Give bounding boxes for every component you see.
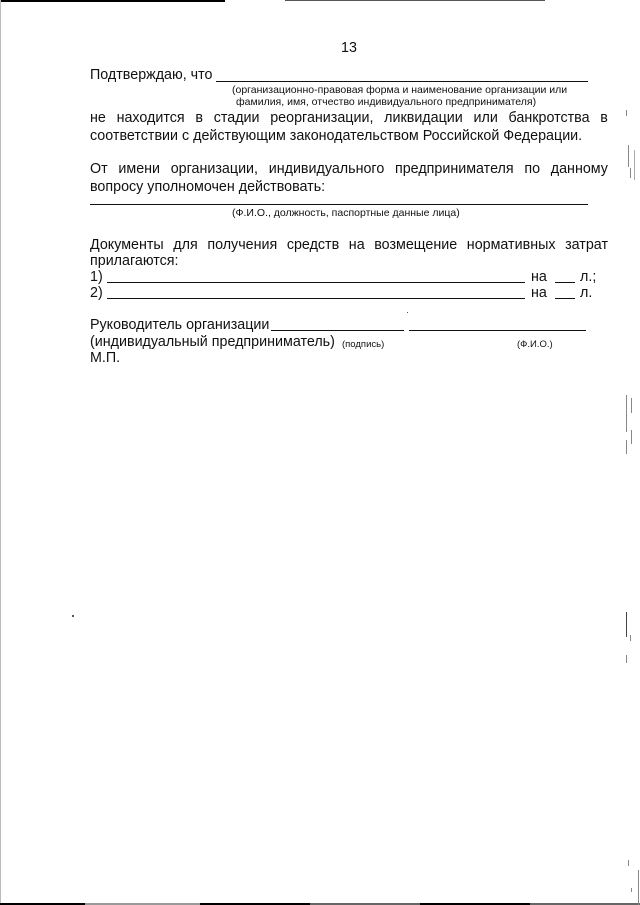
word: стадии [214, 109, 260, 127]
scan-edge-top-gray [285, 0, 545, 1]
item-on-label: на [531, 284, 547, 302]
scan-speck [72, 615, 74, 617]
word: возмещение [374, 236, 457, 254]
word: имени [118, 160, 160, 178]
authorized-person-hint: (Ф.И.О., должность, паспортные данные ли… [232, 207, 460, 220]
sheet-count-field[interactable] [555, 282, 575, 283]
word: находится [117, 109, 185, 127]
word: затрат [565, 236, 608, 254]
documents-line-2: прилагаются: [90, 252, 178, 270]
signature-hint: (подпись) [342, 336, 384, 354]
authority-line-1: От имени организации, индивидуального пр… [90, 160, 608, 178]
document-name-field[interactable] [107, 298, 525, 299]
head-label: Руководитель организации [90, 316, 269, 334]
word: в [195, 109, 203, 127]
confirm-lead: Подтверждаю, что [90, 66, 212, 84]
confirm-body-line-1: не находится в стадии реорганизации, лик… [90, 109, 608, 127]
word: ликвидации [384, 109, 463, 127]
word: по [524, 160, 540, 178]
org-name-field[interactable] [216, 81, 588, 82]
entrepreneur-label: (индивидуальный предприниматель) [90, 333, 335, 351]
word: не [90, 109, 106, 127]
word: нормативных [467, 236, 556, 254]
full-name-field[interactable] [409, 330, 586, 331]
page-number: 13 [341, 40, 357, 56]
full-name-hint: (Ф.И.О.) [517, 336, 553, 354]
signature-field[interactable] [271, 330, 404, 331]
scan-edge-left [0, 0, 1, 905]
word: получения [207, 236, 277, 254]
word: данному [551, 160, 608, 178]
word: средств [287, 236, 339, 254]
confirm-body-line-2: соответствии с действующим законодательс… [90, 127, 582, 145]
word: реорганизации, [270, 109, 373, 127]
authority-line-2: вопросу уполномочен действовать: [90, 178, 325, 196]
item-sheets-label: л. [580, 284, 592, 302]
word: индивидуального [269, 160, 385, 178]
sheet-count-field[interactable] [555, 298, 575, 299]
document-name-field[interactable] [107, 282, 525, 283]
scan-edge-top [0, 0, 225, 2]
word: на [349, 236, 365, 254]
org-name-hint-2: фамилия, имя, отчество индивидуального п… [236, 96, 536, 109]
authorized-person-field[interactable] [90, 204, 588, 205]
word: От [90, 160, 108, 178]
word: или [473, 109, 497, 127]
word: организации, [171, 160, 258, 178]
scan-speck [407, 312, 408, 313]
word: предпринимателя [395, 160, 514, 178]
scan-noise-right [626, 0, 640, 905]
item-number: 2) [90, 284, 103, 302]
word: банкротства [509, 109, 590, 127]
stamp-place: М.П. [90, 349, 120, 367]
word: в [600, 109, 608, 127]
